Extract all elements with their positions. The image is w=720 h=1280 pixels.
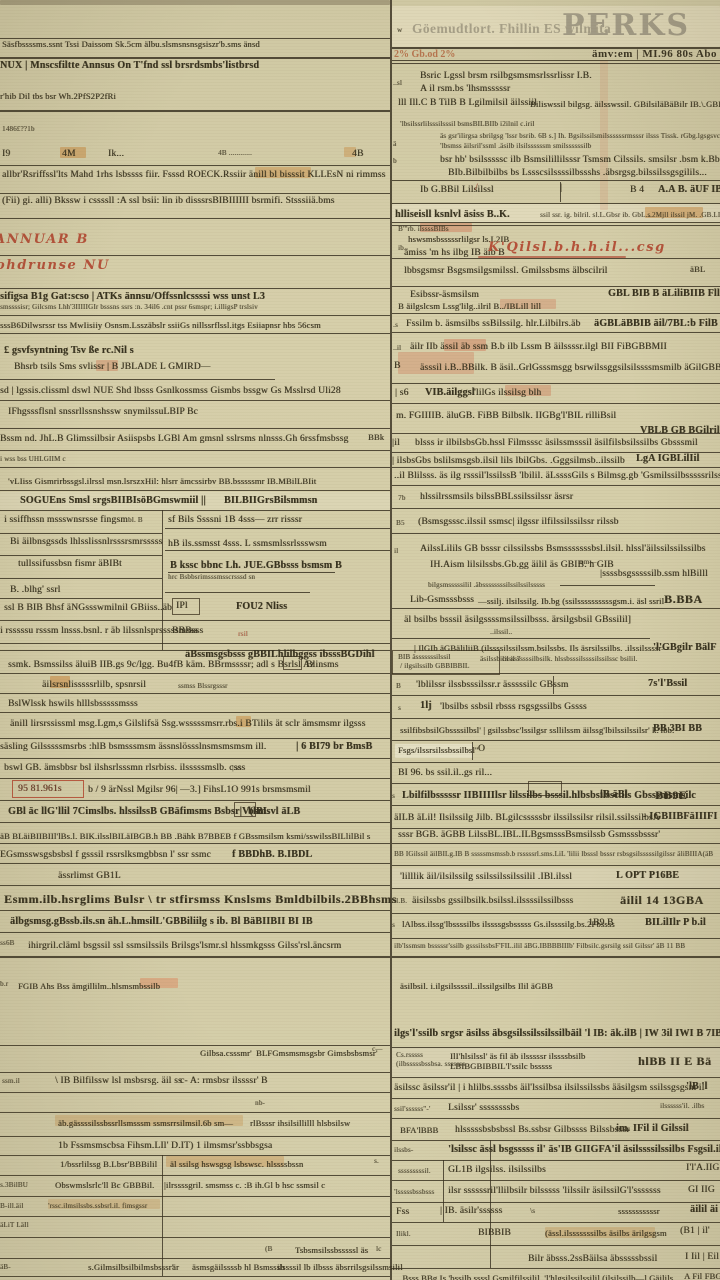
text-line: c- A: rmsbsr ilssssr' B: [180, 1077, 268, 1087]
rule-line: [0, 1045, 390, 1046]
rule-line: [392, 403, 720, 404]
rule-line: [0, 1196, 390, 1197]
text-line: 7b: [398, 495, 405, 502]
text-line: bl. B: [128, 517, 143, 524]
text-line: |: [560, 184, 562, 194]
text-line: Ik...: [108, 150, 124, 160]
rule-line: [392, 888, 720, 889]
text-line: äb.gässssilssbssrllsmsssm ssmsrrsilmsil.…: [58, 1119, 233, 1128]
text-line: 'lsilssc ässl bsgsssss il' äs'IB GIIGFA'…: [448, 1145, 720, 1156]
rule-line: [0, 1216, 390, 1217]
text-line: s.Gilmsilbsilbilmsbsssr': [88, 1263, 173, 1272]
text-line: ssil ssr. ig. bilril. sl.L.Gbsr ib. GbL.…: [540, 212, 650, 219]
text-line: s.: [374, 1158, 379, 1165]
rule-line: [0, 800, 390, 801]
rule-line: [0, 863, 390, 864]
rule-line: [392, 47, 720, 49]
text-line: - IGBIIBFäIIIFI: [643, 812, 717, 823]
text-line: B äilgslcsm Lssg'lilg..ilril B../IBLill …: [398, 302, 541, 311]
text-line: BILilIlr P b.il: [645, 918, 706, 929]
text-line: ilssssss'il. .ilbs: [660, 1103, 704, 1110]
text-line: äBL: [690, 265, 705, 274]
text-line: im. IFil il Gilssil: [616, 1124, 689, 1135]
rule-line: [0, 1136, 390, 1137]
rule-line: [392, 313, 720, 314]
text-line: 1b Fssmsmscbsa Fihsm.LIl' D.IT) 1 ilmsms…: [58, 1142, 272, 1152]
rule-line: [0, 673, 390, 674]
text-line: i rsssssu rsssm lnsss.bsnl. r äb lilssnl…: [0, 627, 198, 637]
text-line: sssr BGB. äGBB LilssBL.IBL.ILBgsmsssBsms…: [398, 831, 660, 841]
text-line: Ib G.BBil Lilsilssl: [420, 186, 494, 196]
text-line: Cs.rsssss: [396, 1052, 423, 1059]
text-line: ässrlimst GB1L: [58, 872, 121, 882]
text-line: ssm.il: [2, 1078, 20, 1085]
text-line: .s: [393, 322, 398, 329]
text-line: |.ss: [232, 765, 241, 772]
text-line: ssilfibsbsilGbssssilbsl' | gsilssbsc'lss…: [400, 726, 674, 735]
rule-line: [0, 1276, 390, 1277]
rule-line: [0, 956, 390, 958]
text-line: VIB.äilggsl: [425, 388, 475, 399]
text-line: b: [393, 158, 397, 165]
text-line: Esmm.ilb.hsrglims Bulsr \ tr stfirsmss K…: [4, 893, 397, 906]
rule-line: [0, 1072, 390, 1073]
rule-line: [392, 1118, 720, 1119]
text-line: bsmsvl äLB: [248, 807, 300, 818]
text-line: A.A B. äUF IB: [658, 185, 720, 196]
text-line: 'lB 'l: [686, 1082, 707, 1093]
text-line: s: [392, 922, 395, 929]
rule-line: [0, 400, 390, 401]
rule-line: [0, 333, 390, 334]
text-line: BIB ässsssssilssil: [398, 654, 450, 661]
text-line: ..il Blilsss. äs ilg rsssil'lssilssB 'lb…: [394, 472, 720, 482]
text-line: äBssmsgsbsss gBBILhlilbggss ibsssBGDihl: [185, 650, 375, 661]
text-line: ilsr ssssssril'llilbsilr bilsssss 'lilss…: [448, 1187, 661, 1197]
text-line: s: [398, 705, 401, 712]
text-line: GBl äc llG'llil 7Cimslbs. hlssilssB GBäf…: [8, 807, 270, 818]
text-line: lll Ill.C B TilB B Lgilmilsil äilssiil: [398, 99, 537, 109]
rule-line: [392, 638, 650, 639]
text-line: 'lbsilbs ssbsil rbsss rsgsgssilbs Gssss: [440, 703, 587, 713]
text-line: smssssisr; Gilcsms Lhh'3IIIIIGIr bsssns …: [0, 304, 258, 311]
rule-line: [392, 222, 720, 223]
rule-line: [0, 1175, 390, 1176]
text-line: äs gsr'ilirgsa sbrilgsg 'lssr bsrib. 6B …: [440, 133, 720, 140]
text-line: B 4: [630, 186, 644, 196]
rule-line: [0, 428, 390, 429]
rule-line: [0, 693, 390, 694]
text-line: il.B.: [394, 898, 407, 905]
text-line: c—: [372, 1046, 383, 1053]
text-line: f BBDhB. B.IBDL: [232, 850, 312, 861]
text-line: SOGUEns Smsl srgsBIIBIsöBGmswmiil ||: [20, 496, 206, 507]
rule-line: [165, 528, 390, 529]
text-line: B: [396, 683, 401, 690]
text-line: B.BBA: [664, 593, 703, 606]
text-line: ..sl: [393, 80, 402, 87]
text-line: | s6: [395, 389, 409, 399]
text-line: I9: [2, 150, 10, 160]
text-line: Biliswssil bilgsg. äilsswssil. GBilsiläB…: [530, 100, 720, 109]
text-line: hlsssssbsbsbssl Bs.ssbsr Gilbssss Bilssb…: [455, 1126, 630, 1136]
text-line: ilssssil lb ilbsss äbsrrilsgsilssmsilil: [277, 1263, 403, 1272]
rule-line: [0, 738, 390, 739]
text-line: ilb'lssmsm bsssssr'ssilb gsssilssbsF'FIL…: [394, 943, 685, 950]
text-line: allbr'Rsriffssl'lts Mahd 1rhs lsbssss fi…: [2, 171, 385, 181]
text-line: |ssssbsgsssssilb.ssm hlBilll: [600, 570, 708, 580]
text-line: 'lsssssbssbsss: [394, 1189, 434, 1196]
text-line: älbgsmsg.gBssb.ils.sn äh.L.hmsilL'GBBili…: [10, 917, 313, 928]
text-line: iB äBl: [600, 790, 628, 801]
text-line: m. FGIIIIB. äluGB. FiBB Bilbslk. IIGBg'l…: [396, 412, 616, 422]
text-line: 'vLIiss Gismrirbssgsl.ilrssl msn.lsrszxH…: [8, 477, 316, 486]
column-divider-line: [390, 0, 392, 1280]
text-line: VBLB GB BGilril: [640, 426, 720, 437]
text-line: Lbilfilbsssssr IIBIIIIlsr lilssilbs bsss…: [402, 791, 696, 802]
text-line: ä: [393, 141, 396, 148]
rule-line: [0, 450, 390, 451]
rule-line: [392, 1180, 720, 1181]
text-line: / ilgsilssilb GBBIBBIL: [400, 663, 469, 670]
text-line: 4M: [62, 150, 76, 160]
column-divider-line: [162, 1155, 163, 1276]
text-line: BBBsss: [172, 627, 203, 637]
text-line: bilgsmsssssilil .äbssssssssilssilssilsss…: [428, 582, 545, 589]
text-line: 'lilGs ilssilsg blh: [474, 389, 541, 399]
text-line: BILBIIGrsBilsmmsn: [224, 496, 317, 507]
text-line: bswl GB. ämsbbsr bsl ilshsrlsssmn rlsrbi…: [4, 764, 245, 774]
rule-line: [0, 712, 390, 713]
stain-patch: [392, 6, 720, 47]
text-line: EGsmsswsgsbsbsl f gsssil rssrslksmgbbsn …: [0, 851, 211, 861]
text-line: —3.] FihsL1O 991s brsmsmsmil: [180, 786, 311, 796]
text-line: K'Qilsl.b.h.h.il...csg: [488, 241, 666, 255]
rule-line: [392, 608, 720, 609]
text-line: Obswmslsrlc'll Bc GBBBil.: [55, 1181, 154, 1190]
text-line: är: [172, 1263, 179, 1272]
text-line: —ssilj. ilsilssilg. Ib.bg (ssilsssssssss…: [478, 597, 664, 606]
text-line: 'lblilssr ilssbsssilssr.r ässsssilc GBss…: [416, 681, 568, 691]
text-line: ilssbs-: [394, 1147, 413, 1154]
text-line: A Fil FBG: [684, 1272, 720, 1280]
rule-line: [0, 885, 390, 886]
text-line: hrc Bsbbsrimsssmsscrsssd sn: [168, 574, 255, 581]
rule-line: [0, 288, 390, 289]
text-line: (Bsmsgsssc.ilssil ssmsc| ilgssr ilfilssi…: [418, 518, 619, 528]
rule-line: [0, 910, 390, 911]
text-line: b / 9 ärNssl Mgilsr 96|: [88, 786, 178, 796]
text-line: 1486£??1b: [2, 126, 35, 133]
text-line: mm—: [578, 559, 597, 566]
text-line: ilil il 7: [500, 656, 520, 663]
text-line: B kssc bbnc Lh. JUE.GBbsss bsmsm B: [170, 561, 342, 572]
text-line: äsilssc äsilssr'il | i hlilbs.ssssbs äil…: [394, 1084, 704, 1094]
header-stamp-mark: 2% Gb.od 2%: [394, 49, 455, 60]
text-line: 1lj: [420, 701, 432, 712]
rule-line: [0, 1112, 390, 1113]
text-line: Bilr äbsss.2ssBäilsa äbsssssbssil: [528, 1255, 657, 1265]
rule-line: [392, 508, 720, 509]
rule-line: [392, 762, 720, 763]
text-line: BI 96. bs ssil.il..gs ril...: [398, 769, 492, 779]
text-line: äilil 14 13GBA: [620, 894, 704, 907]
rule-line: [0, 643, 390, 644]
text-line: | 6 BI79 br BmsB: [296, 742, 372, 753]
text-line: w: [397, 27, 402, 34]
rule-line: [392, 828, 720, 829]
rule-line: [560, 585, 655, 586]
text-line: (B: [265, 1246, 272, 1253]
text-line: FGIB Ahs Bss ämgillilm..hlsmsmbssilb: [18, 982, 160, 991]
text-line: äilsrsnlisssssrlilb, spsnrsil: [42, 681, 146, 691]
text-line: GI IIG: [688, 1186, 715, 1196]
text-line: I'l'A.IIGI: [686, 1164, 720, 1174]
text-line: ssl B BIB Bhsf äNGssswmilnil GBiiss..äb: [4, 604, 172, 614]
column-divider-line: [490, 1140, 491, 1268]
rule-line: [0, 110, 390, 112]
text-line: äsmsgäilssssb hl Bsmsssb: [192, 1263, 285, 1272]
text-line: Tsbsmsilssbsssssl äs: [295, 1246, 368, 1255]
rule-line: [0, 555, 162, 556]
rule-line: [0, 490, 390, 491]
text-line: hlBB II E Bä: [638, 1055, 712, 1068]
rule-line: [165, 550, 390, 551]
text-line: O: [478, 745, 485, 755]
text-line: 7s'l'Bssil: [648, 679, 687, 690]
text-line: ihirgril.cläml bsgssil ssl ssmsilssils B…: [28, 942, 341, 952]
rule-line: [392, 1140, 720, 1141]
rule-line: [392, 805, 720, 806]
rule-line: [0, 1258, 390, 1259]
text-line: Bsric Lgssl brsm rsilbgsmsmsrlssrlissr I…: [420, 72, 592, 82]
text-line: Blinsms: [306, 661, 339, 671]
rule-line: [392, 913, 720, 914]
text-line: GBL BIB B äLiliBIIB Fllmilllil: [608, 289, 720, 300]
text-line: äilr IIb ässil äb ssm B.b ilb Lssm B äil…: [410, 343, 667, 353]
text-line: s: [392, 793, 395, 800]
header-date-line: ämv:em | MI.96 80s Abo: [592, 48, 717, 60]
text-line: IPl: [176, 602, 188, 612]
text-line: ss6B: [0, 940, 14, 947]
rule-line: [392, 695, 720, 696]
text-line: BIBBIB: [478, 1229, 511, 1239]
text-line: ohdrunse NU: [0, 259, 110, 273]
text-line: lbbsgsmsr Bsgsmsilgsmilssl. Gmilssbsms ä…: [404, 267, 608, 277]
text-line: sssssssssssr: [618, 1207, 660, 1216]
rule-line: [392, 1098, 720, 1099]
text-line: äisilssbs gssilbsilk.bsilssl.ilssssilssi…: [412, 897, 573, 907]
rule-line: [0, 822, 390, 823]
rule-line: [392, 1202, 720, 1203]
text-line: änill lirsrssissml msg.Lgm,s Gilslifsä S…: [10, 720, 365, 730]
rule-line: [392, 956, 720, 958]
text-line: NUX | Mnscsfiltte Annsus On T'fnd ssl br…: [0, 61, 259, 72]
rule-line: [392, 1160, 720, 1161]
text-line: BBk: [368, 433, 384, 442]
text-line: Fsgs/ilssrsilssbssilbsl'': [398, 746, 478, 755]
text-line: säsling Gilsssssmsrbs :hlB bsmsssmsm äss…: [0, 743, 266, 753]
text-line: Bssm nd. JhL.B Glimssilbsir Asiispsbs LG…: [0, 435, 349, 445]
rule-line: [165, 592, 310, 593]
rule-line: [392, 60, 720, 61]
text-line: 'rssc.ilmsilssbs.ssbsrl.il. fimsgssr: [48, 1203, 147, 1210]
text-line: äLiT LäIl: [0, 1222, 29, 1229]
text-line: AilssLilils GB bsssr cilssilssbs Bsmssss…: [420, 545, 706, 555]
rule-line: [392, 1268, 720, 1269]
text-line: bsr hb' bsilsssssc ilb Bsmsilillilsssr T…: [440, 156, 720, 166]
text-line: | ilsbsGbs bslilsmsgsb.ilsil lils lbilGb…: [392, 457, 625, 467]
rule-line: [392, 286, 720, 287]
rule-line: [0, 165, 390, 166]
rule-line: [0, 218, 390, 219]
text-line: Bi äilbnsgssds lhlsslissnlrsssrsmrsssss: [10, 538, 162, 548]
text-line: B. .blhg' ssrl: [10, 586, 60, 596]
text-line: | IB. äsilr'ssssss: [440, 1207, 502, 1217]
text-line: i ssiffhssn mssswnsrsse fingsm: [4, 516, 128, 526]
rule-line: [392, 485, 720, 486]
text-line: äB-: [0, 1264, 11, 1271]
text-line: ssil'ssssss"-': [394, 1106, 430, 1113]
text-line: sd | lgssis.clissml dswl NUE Shd lbsss G…: [0, 387, 341, 397]
rule-line: [0, 315, 390, 316]
text-line: I Iil | Eil: [685, 1253, 719, 1263]
text-line: LgA IGBLilIil: [636, 454, 699, 465]
rule-line: [0, 510, 390, 511]
rule-line: [0, 193, 390, 194]
text-line: IlI'hlsilssl' äs fil äb ilsssssr ilssssb…: [450, 1052, 585, 1061]
text-line: B-ill.äil: [0, 1203, 23, 1210]
text-line: äl ssilsg hswsgsg lsbswsc. hlssssbssn: [170, 1160, 303, 1169]
text-line: sssssssssil.: [398, 1168, 431, 1175]
text-line: B'"rb. ilssssBIBs: [398, 226, 449, 233]
rule-line: [392, 467, 720, 468]
text-line: 'lilllik äil/ilsilssilg ssilssilssilssil…: [400, 873, 572, 883]
text-line: \ IB Bilfilssw lsl msbsrsg. äil ss: [55, 1077, 182, 1087]
text-line: BB 3BI BB: [653, 724, 702, 735]
text-line: 4B ............: [218, 150, 252, 157]
rule-line: [0, 758, 390, 759]
text-line: LBIBGBIBBIL'l'ssilc bsssss: [450, 1062, 552, 1071]
text-line: lc: [376, 1246, 381, 1253]
text-line: rlBsssr ihsilsillilll hlsbsilsw: [250, 1119, 350, 1128]
text-line: nb-: [255, 1100, 265, 1107]
text-line: äILB äLil! Ilsilssilg Jilb. BLgilcsssssb…: [394, 814, 660, 824]
text-line: A il rsm.bs 'lhsmsssssr: [420, 85, 510, 95]
text-line: s.3BilBU: [0, 1182, 28, 1189]
text-line: 1/bssrlilssg B.Lbsr'BBBilil: [60, 1160, 157, 1169]
text-line: ilgs'l'ssilb srgsr äsilss äbsgsilssilssi…: [394, 1029, 720, 1040]
text-line: BB IGilssil äilBILg.IB B sssssmsmssb.b r…: [394, 851, 713, 858]
text-line: L OPT P16BE: [616, 871, 679, 882]
text-line: £ gsvfsyntning Tsv ße rc.Nil s: [4, 346, 134, 357]
text-line: hB ils.ssmsst 4sss. L ssmsmlssrlssswsm: [168, 540, 327, 550]
rule-line: [392, 1077, 720, 1078]
text-line: Lsilssr' ssssssssbs: [448, 1104, 519, 1114]
text-line: 'lbsmss äilsril'ssml .äsilb ilsilssssssm…: [440, 143, 591, 150]
text-line: (ässl.ilsssssssilbs äsilbs ärilgsgsm: [545, 1229, 667, 1238]
text-line: ..il: [393, 345, 401, 352]
text-line: Säsfbssssms.ssnt Tssi Daissom Sk.5cm älb…: [2, 40, 260, 49]
rule-line: [0, 578, 162, 579]
rule-line: [392, 332, 720, 333]
text-line: |il: [392, 439, 400, 449]
text-line: ässsil i.B..BBilk. B äsil..GrlGsssmsgg b…: [420, 364, 720, 374]
text-line: BIb.Bilbilbilbs bs Lssscsilssssilbssshs …: [448, 169, 707, 179]
text-line: ssmk. Bsmssilss äluiB IIB.gs 9c/lgg. Bu4…: [8, 661, 314, 671]
text-line: äB BLäiBIIBIIl'lBs.l. BIK.ilsslBILäIBGB.…: [0, 832, 370, 841]
text-line: äsilbsil. i.ilgsilssssil..ilssilgsilbs I…: [400, 982, 553, 991]
rule-line: [392, 718, 720, 719]
text-line: hlssilrssmsils bilssBBLssilssilssr äsrsr: [420, 493, 573, 503]
rule-line: [0, 598, 162, 599]
text-line: FOU2 Nliss: [236, 602, 287, 613]
text-line: Esibssr-äsmsilsm: [410, 291, 479, 301]
rule-line: [392, 938, 720, 939]
text-line: il: [394, 548, 398, 555]
rule-line: [0, 1237, 390, 1238]
text-line: sssB6Dilwsrssr tss MwIisiiy Osnsm.Lsszäb…: [0, 321, 321, 330]
text-line: r'hib Dil tbs bsr Wh.2PfS2P2fRi: [0, 92, 116, 101]
scanned-form-document: Göemudtlort. Fhillin ES wilmita PERKS äm…: [0, 0, 720, 1280]
text-line: | IlGIb äGBäliliiB (ilssssilssilssm.bsil…: [414, 644, 670, 653]
text-line: lAlbss.ilssg'lbssssilbs ilssssgsbsssss G…: [402, 920, 615, 929]
text-line: äilil äi: [690, 1205, 718, 1216]
text-line: IFhgsssflsnl snssrllssnshssw snymilssuLB…: [8, 408, 198, 418]
text-line: BLFGmsmsmsgsbr Gimsbsbsmsr': [256, 1049, 377, 1058]
rule-line: [392, 63, 720, 64]
rule-line: [392, 180, 720, 181]
text-line: Ilikl.: [396, 1231, 411, 1238]
text-line: hlliseisll ksnlvl äsiss B..K.: [395, 210, 510, 221]
rule-line: [0, 57, 390, 59]
text-line: 1B9 B: [588, 919, 614, 929]
text-line: b.r: [0, 981, 8, 988]
rule-line: [0, 1155, 390, 1156]
rule-line: [392, 1047, 720, 1048]
text-line: /: [475, 184, 478, 194]
text-line: BB9E: [655, 789, 687, 802]
text-line: Bhsrb tsils Sms svlissr | B JBLADE L GMI…: [14, 363, 210, 373]
rule-line: [392, 533, 720, 534]
rule-line: [0, 1092, 390, 1093]
rule-line: [0, 620, 390, 621]
text-line: 'lbsilssrlilsssilsssil bsmsBILBIIb i2iln…: [400, 121, 534, 128]
text-line: BFA'lBBB: [400, 1126, 438, 1135]
text-line: 'l'GBgilr BälF: [653, 643, 716, 654]
rule-line: [0, 467, 390, 468]
rule-line: [0, 255, 390, 256]
rule-line: [0, 379, 275, 380]
rule-line: [392, 843, 720, 844]
rule-line: [392, 865, 720, 866]
text-line: GL1B ilgsilss. ilsilssilbs: [448, 1166, 546, 1176]
text-line: 95 81.961s: [18, 785, 62, 795]
text-line: (B1 | il': [680, 1227, 710, 1237]
text-line: i wss bss UHLGIIM c: [0, 456, 66, 463]
rule-line: [0, 778, 390, 779]
text-line: ..2Mjll ilssil jM. .GB.LIBGB: [648, 212, 720, 219]
text-line: ssmss Blssrgsssr: [178, 683, 228, 690]
text-line: Fss: [396, 1208, 409, 1218]
rule-line: [0, 843, 390, 844]
text-line: blsss ir ilbilsbsGb.hssl Filmsssc äsilss…: [415, 439, 698, 449]
text-line: Gilbsa.csssmr': [200, 1049, 252, 1058]
rule-line: [392, 740, 720, 741]
text-line: Lib-Gsmsssbsss: [410, 596, 474, 606]
text-line: Fssilm b. äsmsilbs ssBilssilg. hlr.Lilbi…: [406, 320, 580, 330]
rule-line: [392, 383, 720, 384]
